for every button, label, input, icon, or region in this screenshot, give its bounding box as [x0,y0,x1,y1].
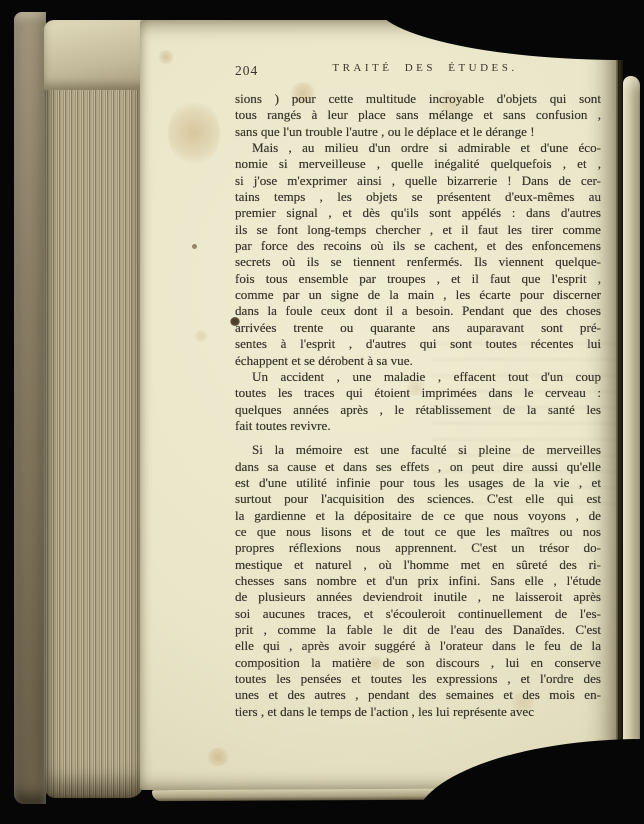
text-line: la gardienne et la dépositaire de ce que… [235,508,601,524]
text-line: comme par un signe de la main , les écar… [235,287,601,303]
text-line: prit , comme la fable le dit de l'eau de… [235,622,601,638]
text-line: Un accident , une maladie , effacent tou… [235,369,601,385]
text-line: toutes les pensées et toutes les express… [235,671,601,687]
running-title: TRAITÉ DES ÉTUDES. [235,62,601,74]
paragraph: sions ) pour cette multitude incroyable … [235,91,601,140]
text-line: quelques années après , le rétablissemen… [235,402,601,418]
text-line: ils se font long-temps chercher , et il … [235,222,601,238]
text-line: sions ) pour cette multitude incroyable … [235,91,601,107]
text-line: est d'une utilité infinie pour tous les … [235,475,601,491]
text-line: propres réflexions nous apprennent. C'es… [235,540,601,556]
text-line: par force des recoins où ils se cachent,… [235,238,601,254]
text-line: échappent et se dérobent à sa vue. [235,353,601,369]
book-photograph: 204 TRAITÉ DES ÉTUDES. sions ) pour cett… [0,0,644,824]
text-line: fois tous ensemble par troupes , et il f… [235,271,601,287]
foxing-stain [158,50,174,64]
text-line: tiers , et dans le temps de l'action , l… [235,704,601,720]
text-line: dans sa cause et dans ses effets , on pe… [235,459,601,475]
paragraph: Un accident , une maladie , effacent tou… [235,369,601,434]
text-line: toutes les traces qui étoient imprimées … [235,385,601,401]
typeset-area: 204 TRAITÉ DES ÉTUDES. sions ) pour cett… [235,62,601,720]
foxing-stain [194,330,208,342]
book-cover-edge [14,12,46,804]
text-line: chesses sans nombre et d'un prix infini.… [235,573,601,589]
facing-page-sliver [623,76,640,742]
text-line: sentes à l'esprit , d'autres qui sont to… [235,336,601,352]
foxing-stain [206,748,230,766]
text-line: Si la mémoire est une faculté si pleine … [235,442,601,458]
text-line: ce que nous lisons et de tout ce que les… [235,524,601,540]
text-line: tains temps , les objets se présentent d… [235,189,601,205]
ink-speck [192,244,197,249]
text-line: secrets où ils se tiennent renfermés. Il… [235,254,601,270]
text-line: elle qui , après avoir suggéré à l'orate… [235,638,601,654]
text-line: sans que l'un trouble l'autre , ou le dé… [235,124,601,140]
gutter-shadow [616,30,623,774]
text-line: tous rangés à leur place sans mélange et… [235,107,601,123]
text-line: soi aucunes traces, et s'écouleroit cont… [235,606,601,622]
page-number: 204 [235,63,258,79]
page-top-corner-curl [44,20,146,90]
text-line: dans la foule ceux dont il a besoin. Pen… [235,303,601,319]
page-header: 204 TRAITÉ DES ÉTUDES. [235,62,601,79]
text-line: surtout pour l'acquisition des sciences.… [235,491,601,507]
page-body-text: sions ) pour cette multitude incroyable … [235,91,601,720]
text-line: arrivées trente ou quarante ans auparava… [235,320,601,336]
foxing-stain [168,100,220,166]
text-line: de plusieurs années deviendroit inutile … [235,589,601,605]
text-line: unes et des autres , pendant des semaine… [235,687,601,703]
paragraph: Mais , au milieu d'un ordre si admirable… [235,140,601,369]
fanned-page-edges [44,22,144,798]
text-line: si j'ose m'exprimer ainsi , quelle bizar… [235,173,601,189]
text-line: composition la matière de son discours ,… [235,655,601,671]
paragraph: Si la mémoire est une faculté si pleine … [235,442,601,720]
text-line: premier signal , et dès qu'ils sont appé… [235,205,601,221]
book-page: 204 TRAITÉ DES ÉTUDES. sions ) pour cett… [140,20,618,790]
text-line: nomie si merveilleuse , quelle inégalité… [235,156,601,172]
text-line: mestique et naturel , où l'homme met en … [235,557,601,573]
text-line: fait toutes revivre. [235,418,601,434]
text-line: Mais , au milieu d'un ordre si admirable… [235,140,601,156]
